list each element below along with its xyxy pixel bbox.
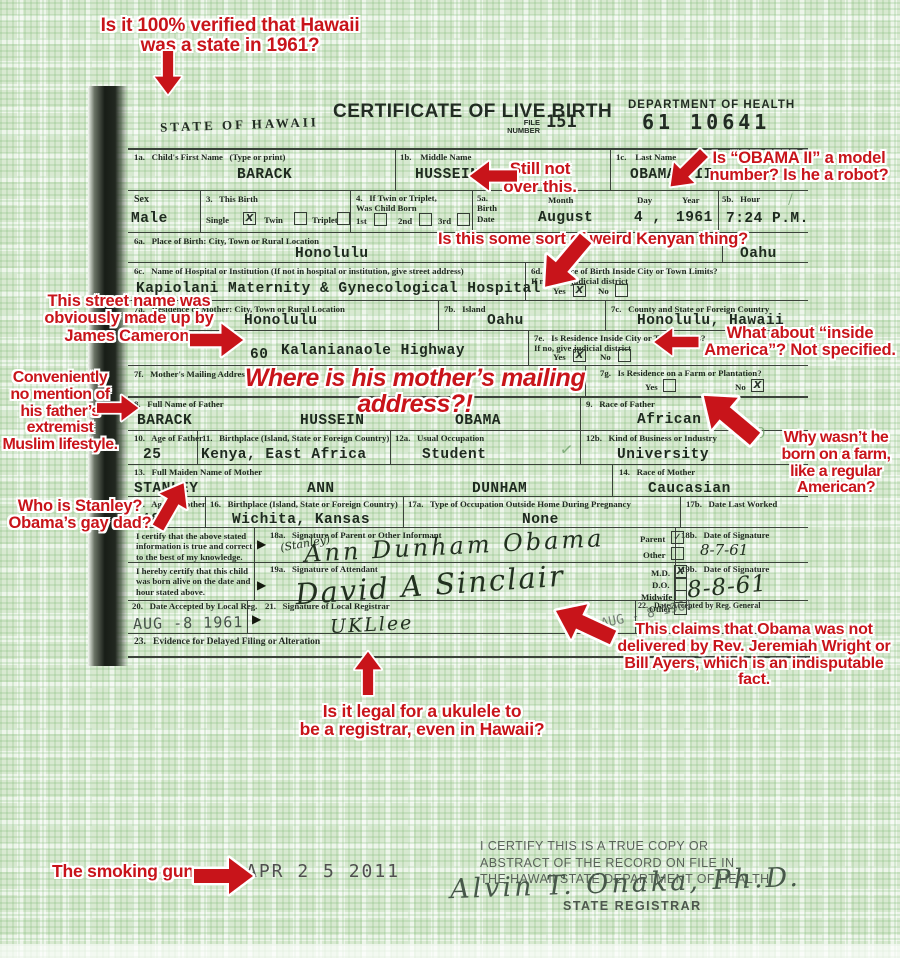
parent-label: Parent [640,534,665,544]
grid-line [403,496,404,527]
month-header: Month [548,195,573,205]
pointer-triangle: ▶ [257,578,266,592]
checkbox-md: X [674,565,687,578]
state-registrar-label: STATE REGISTRAR [563,899,702,913]
annotation-mailing-address: Where is his mother’s mailing address?! [200,365,630,418]
red-arrow-left [468,160,518,192]
hour-value: 7:24 P.M. [726,211,809,227]
date-accepted-local-stamp: AUG -8 1961 [133,613,244,633]
file-number-label: FILE NUMBER [498,119,540,136]
field-label-7b: 7b. Island [444,304,486,314]
checkbox-7e-yes: X [573,349,586,362]
checkbox-2nd [419,213,432,226]
no-label-6d: No [598,286,609,296]
annotation-ukulele: Is it legal for a ukulele to be a regist… [262,702,582,739]
no-label-7e: No [600,352,611,362]
sex-value: Male [131,211,168,227]
grid-line [605,300,606,330]
day-header: Day [637,195,652,205]
field-label-sex: Sex [134,194,149,206]
field-label-10: 10. Age of Father [134,433,203,443]
field-label-12a: 12a. Usual Occupation [395,433,484,443]
checkbox-triplet [337,212,350,225]
field-label-13: 13. Full Maiden Name of Mother [134,467,262,477]
pointer-triangle: ▶ [257,537,266,551]
option-triplet: Triplet [312,215,338,225]
grid-line [580,430,581,464]
grid-line [390,430,391,464]
annotation-robot: Is “OBAMA II” a model number? Is he a ro… [698,150,900,185]
father-birthplace-value: Kenya, East Africa [201,447,367,463]
grid-line [472,190,473,232]
other-label: Other [643,550,665,560]
checkbox-1st [374,213,387,226]
grid-line [438,300,439,330]
checkbox-7e-no [618,349,631,362]
grid-line [128,464,808,465]
red-arrow-right [188,322,246,358]
grid-line [612,464,613,496]
red-arrow-down [147,51,189,95]
pencil-check: ✓ [559,439,575,460]
checkbox-6d-no [615,284,628,297]
annotation-born-on-farm: Why wasn’t he born on a farm, like a reg… [772,430,900,497]
checkbox-3rd [457,213,470,226]
grid-line [680,496,681,527]
first-name-value: BARACK [237,167,292,183]
residence-city-value: Honolulu [244,313,318,329]
option-1st: 1st [356,216,367,226]
mother-birthplace-value: Wichita, Kansas [232,512,370,528]
field-label-16: 16. Birthplace (Island, State or Foreign… [210,499,398,509]
state-of-hawaii: STATE OF HAWAII [160,114,319,136]
certify-statement-2: I hereby certify that this child was bor… [136,566,250,597]
option-twin: Twin [264,215,283,225]
option-2nd: 2nd [398,216,412,226]
street-number-value: 60 [250,347,268,363]
mother-middle-value: ANN [307,481,335,497]
field-label-17b: 17b. Date Last Worked [686,499,777,509]
field-label-12b: 12b. Kind of Business or Industry [586,433,717,443]
annotation-hawaii-state: Is it 100% verified that Hawaii was a st… [75,16,385,56]
grid-line [128,562,808,563]
checkbox-twin [294,212,307,225]
checkbox-other [671,547,684,560]
date-of-signature-19b: 8-8-61 [686,571,768,604]
field-label-17a: 17a. Type of Occupation Outside Home Dur… [408,499,631,509]
grid-line [718,190,719,232]
field-label-1a: 1a. Child's First Name (Type or print) [134,152,285,162]
annotation-who-is-stanley: Who is Stanley? Obama’s gay dad? [0,498,160,533]
mother-last-value: DUNHAM [472,481,527,497]
mother-race-value: Caucasian [648,481,731,497]
file-number: 151 [546,112,577,132]
annotated-birth-certificate: STATE OF HAWAII CERTIFICATE OF LIVE BIRT… [0,0,900,958]
field-label-14: 14. Race of Mother [619,467,695,477]
bottom-white-strip [0,944,900,958]
do-label: D.O. [652,580,670,590]
yes-label-7e: Yes [553,352,566,362]
field-label-5b: 5b. Hour [722,194,760,204]
grid-line [200,190,201,232]
certificate-number: 61 10641 [642,110,770,134]
annotation-jeremiah-wright: This claims that Obama was not delivered… [608,622,900,689]
grid-line [128,527,808,528]
mother-occupation-value: None [522,512,559,528]
street-address-value: Kalanianaole Highway [281,343,465,359]
annotation-inside-america: What about “inside America”? Not specifi… [700,325,900,360]
checkbox-7g-no: X [751,379,764,392]
father-industry-value: University [617,447,709,463]
island-partial-value: Oahu [740,246,777,262]
red-arrow-up [341,651,395,695]
red-arrow-right [194,856,254,896]
red-arrow-right [96,394,140,422]
field-label-18b: 18b. Date of Signature [681,530,769,540]
yes-label-7g: Yes [645,382,658,392]
grid-line [128,300,808,301]
father-age-value: 25 [143,447,161,463]
grid-line [395,148,396,190]
birth-city-value: Honolulu [295,246,369,262]
checkbox-single: X [243,212,256,225]
father-first-value: BARACK [137,413,192,429]
pencil-slash: / [788,192,793,208]
field-label-4: 4. If Twin or Triplet, Was Child Born [356,193,437,214]
father-occupation-value: Student [422,447,486,463]
field-label-11: 11. Birthplace (Island, State or Foreign… [202,433,389,443]
island-value: Oahu [487,313,524,329]
checkbox-parent: ✓ [671,531,684,544]
option-3rd: 3rd [438,216,451,226]
grid-line [128,262,808,263]
birth-day-value: 4 , [634,210,662,226]
grid-line [350,190,351,232]
md-label: M.D. [651,568,670,578]
grid-line [528,330,529,365]
field-label-23: 23. Evidence for Delayed Filing or Alter… [134,637,320,648]
option-single: Single [206,215,229,225]
pointer-triangle: ▶ [252,612,261,626]
date-of-signature-18b: 8-7-61 [700,541,748,559]
certify-statement-1: I certify that the above stated informat… [136,531,252,562]
birth-year-value: 1961 [676,210,713,226]
field-label-6a: 6a. Place of Birth: City, Town or Rural … [134,236,319,246]
signature-local-registrar: UKLlee [329,612,413,638]
annotation-smoking-gun: The smoking gun. [52,862,212,880]
checkbox-7g-yes [663,379,676,392]
field-label-5a: 5a. Birth Date [477,193,497,224]
field-label-6c: 6c. Name of Hospital or Institution (If … [134,266,519,276]
grid-line [610,148,611,190]
field-label-3: 3. This Birth [206,194,258,204]
grid-line [254,527,255,600]
red-arrow-left [646,327,706,357]
date-filed-stamp: APR 2 5 2011 [246,861,400,882]
field-label-1b: 1b. Middle Name [400,152,471,162]
field-label-20: 20. Date Accepted by Local Reg. [132,601,257,611]
